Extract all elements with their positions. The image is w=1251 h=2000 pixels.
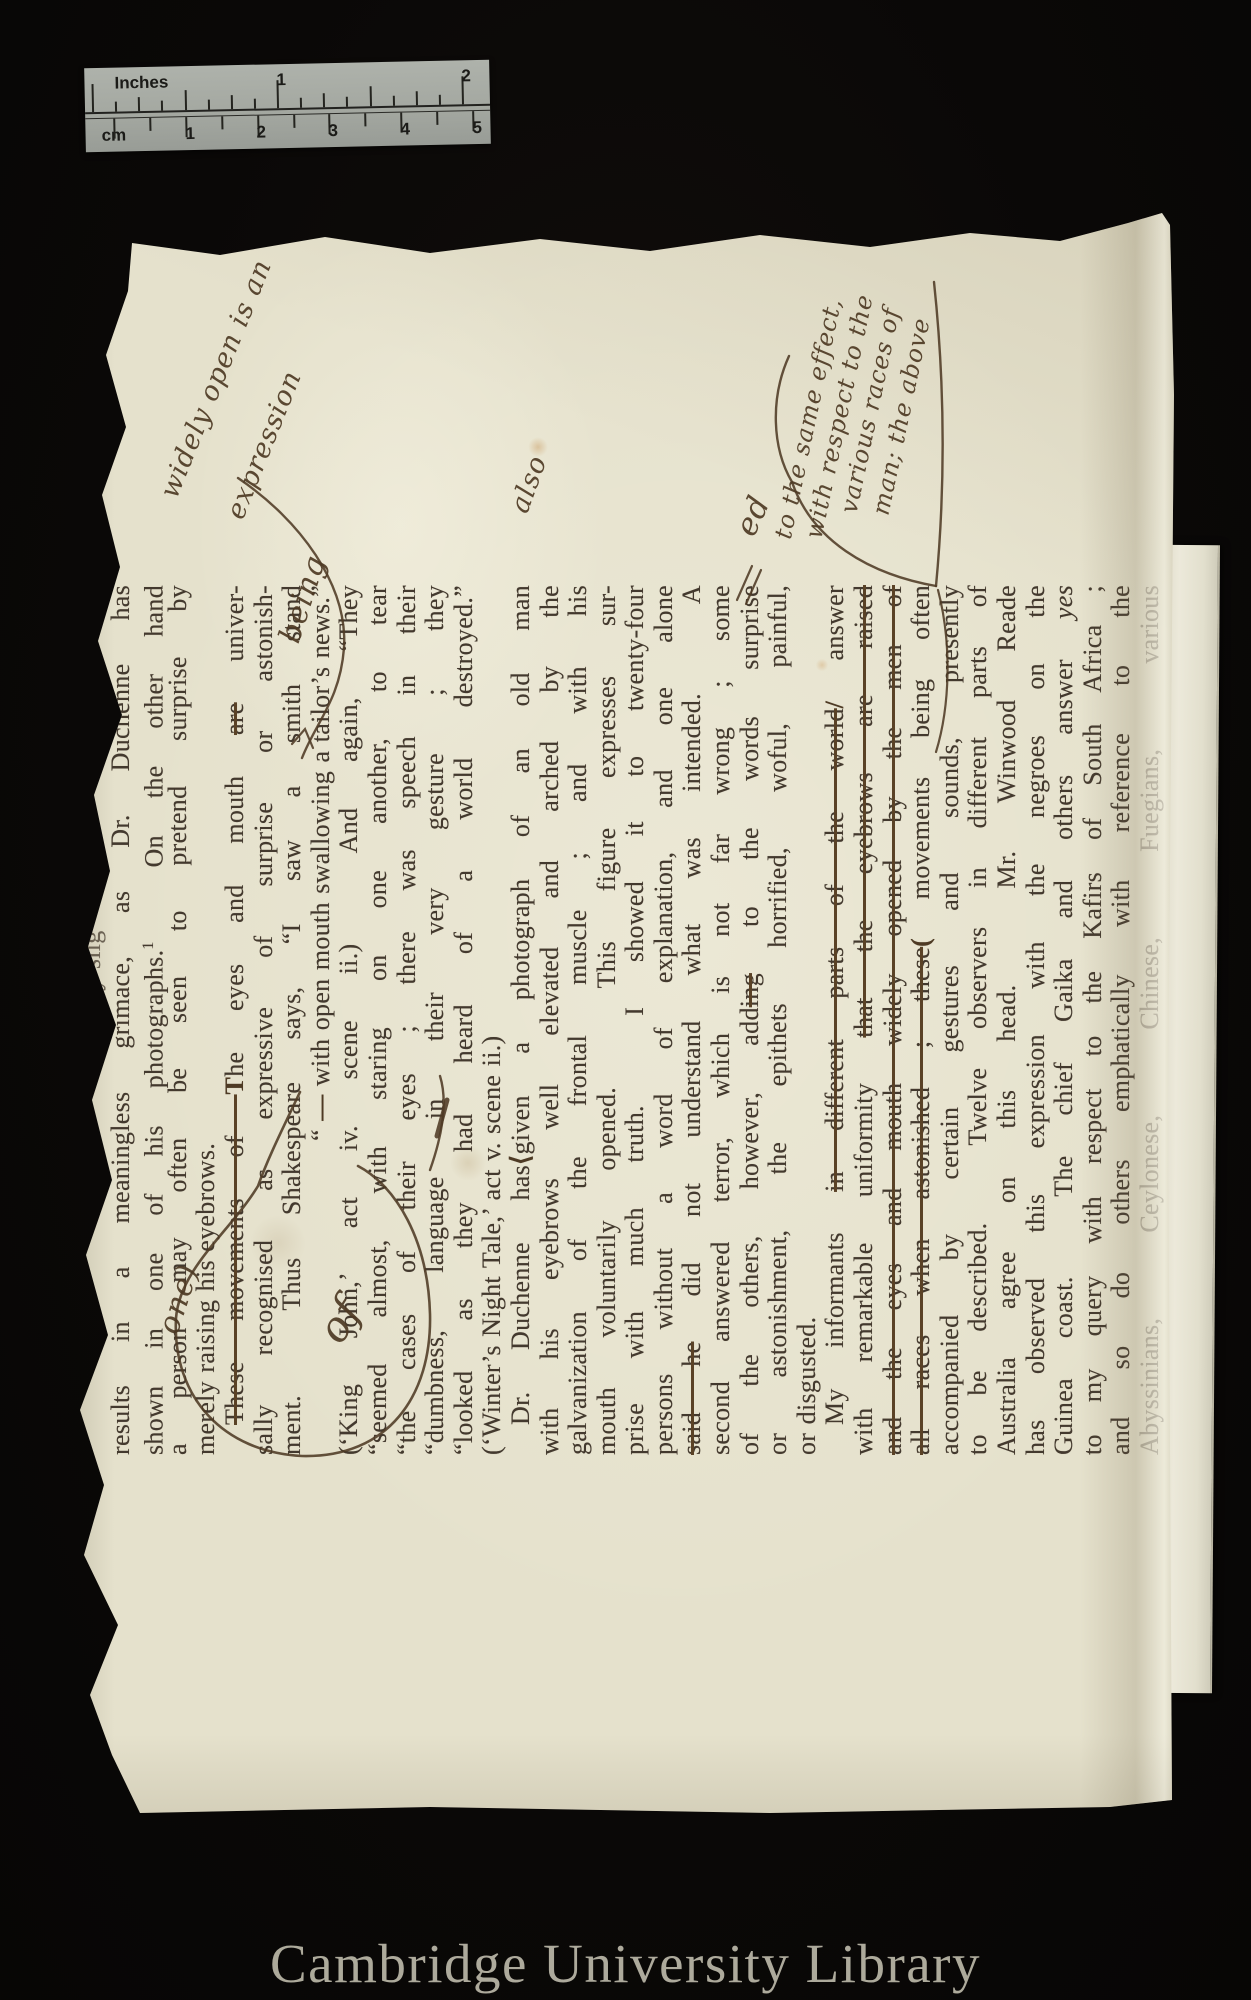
print-text: (‘Winter’s Night Tale,’ act v. scene ii.… xyxy=(477,1036,506,1455)
ruler-cm-number: 4 xyxy=(400,119,410,139)
print-line: These movements of The eyes and mouth ar… xyxy=(221,585,250,1455)
print-line: only slig xyxy=(78,155,107,1455)
print-text: galvanization of the frontal muscle ; an… xyxy=(563,585,592,1455)
ruler-divider xyxy=(85,104,490,114)
print-line: persons without a word of explanation, a… xyxy=(650,585,679,1455)
print-line: Australia agree on this head. Mr. Winwoo… xyxy=(993,585,1022,1455)
print-line: to my query with respect to the Kafirs o… xyxy=(1079,585,1108,1455)
ruler-cm-number: 5 xyxy=(472,118,482,138)
print-text: prise with much truth. I showed it to tw… xyxy=(620,585,649,1455)
print-text: he eyes and mouth xyxy=(220,735,249,1077)
struck-text: said he xyxy=(677,1342,706,1455)
print-text: answer xyxy=(820,585,849,701)
print-text: Dr. Duchenne has xyxy=(506,1165,535,1455)
library-watermark: Cambridge University Library xyxy=(0,1932,1251,1995)
print-line: sally recognised as expressive of surpri… xyxy=(250,585,279,1455)
ink-correction-mark: — xyxy=(306,1094,335,1120)
ruler-tick xyxy=(364,113,366,126)
ruler-tick xyxy=(300,98,302,108)
print-line: all races when astonished ; these( movem… xyxy=(907,585,936,1455)
rotated-text-layer: only sligresults in a meaningless grimac… xyxy=(70,195,1180,1815)
print-line: and the eyes and mouth widely opened by … xyxy=(879,585,908,1455)
print-text: or disgusted. xyxy=(792,1317,821,1455)
print-line: My informants in different parts of the … xyxy=(821,585,850,1455)
print-line: or disgusted. xyxy=(793,585,822,1455)
ink-correction-mark: T xyxy=(220,1077,249,1095)
print-text: results in a meaningless grimace, as Dr.… xyxy=(106,585,135,1455)
print-line: galvanization of the frontal muscle ; an… xyxy=(564,585,593,1455)
print-text: did not understand what was intended. A xyxy=(677,585,706,1342)
ruler-tick xyxy=(184,90,186,110)
print-line: a person may often be seen to pretend su… xyxy=(164,585,193,1455)
print-line: second answered terror, which is not far… xyxy=(707,585,736,1455)
print-text: “seemed almost, with staring on one anot… xyxy=(363,585,392,1455)
print-line: accompanied by certain gestures and soun… xyxy=(936,585,965,1455)
measurement-ruler: Inches cm 1212345 xyxy=(84,60,491,152)
print-line: (‘Winter’s Night Tale,’ act v. scene ii.… xyxy=(478,585,507,1455)
print-text: to the words surprise xyxy=(735,585,764,973)
print-text: “the cases of their eyes ; there was spe… xyxy=(392,585,421,1455)
ruler-tick xyxy=(138,97,140,111)
ruler-tick xyxy=(231,95,233,109)
print-text: mouth voluntarily opened. This figure ex… xyxy=(592,585,621,1455)
ruler-tick xyxy=(436,112,438,125)
struck-text: all races when astonished ; these xyxy=(906,947,935,1455)
print-text: with his eyebrows well elevated and arch… xyxy=(535,585,564,1455)
ruler-tick xyxy=(439,95,441,105)
ruler-inch-number: 2 xyxy=(461,66,471,86)
ruler-tick xyxy=(113,119,115,139)
ruler-cm-number: 1 xyxy=(185,124,195,144)
ruler-tick xyxy=(91,84,94,112)
print-text: given a photograph of an old man xyxy=(506,585,535,1155)
print-line: Abyssinians, Ceylonese, Chinese, Fuegian… xyxy=(1136,585,1165,1455)
print-text: “ xyxy=(306,1121,335,1141)
struck-text: in different parts of the world xyxy=(820,708,849,1192)
ruler-tick xyxy=(415,91,417,105)
print-line: shown in one of his photographs.1 On the… xyxy=(135,585,164,1455)
print-text: accompanied by certain gestures and soun… xyxy=(935,585,964,1455)
printed-text-block: only sligresults in a meaningless grimac… xyxy=(70,195,1165,1815)
print-text: My informants xyxy=(820,1192,849,1455)
ruler-cm-number: 3 xyxy=(328,121,338,141)
print-line: “seemed almost, with staring on one anot… xyxy=(364,585,393,1455)
print-text: movements being often xyxy=(906,585,935,938)
print-text: persons without a word of explanation, a… xyxy=(649,585,678,1455)
print-text: yes xyxy=(1049,585,1078,619)
struck-text: and the eyes and mouth widely opened by … xyxy=(878,585,907,1455)
print-line: to be described. Twelve observers in dif… xyxy=(964,585,993,1455)
print-line: or astonishment, the epithets horrified,… xyxy=(764,585,793,1455)
print-line: “ — with open mouth swallowing a tailor’… xyxy=(307,585,336,1455)
ink-correction-mark: ⟨ xyxy=(506,1155,535,1165)
print-line: with his eyebrows well elevated and arch… xyxy=(536,585,565,1455)
print-text: 1 xyxy=(140,941,157,949)
print-line: (‘King John,’ act iv. scene ii.) And aga… xyxy=(335,585,364,1455)
print-text: Abyssinians, Ceylonese, Chinese, Fuegian… xyxy=(1135,585,1164,1455)
struck-text: These movements of xyxy=(220,1094,249,1455)
ruler-tick xyxy=(149,118,151,131)
print-text: “looked as they had heard of a world des… xyxy=(449,585,478,1455)
print-text: to be described. Twelve observers in dif… xyxy=(963,585,992,1455)
ruler-tick-marks: 1212345 xyxy=(84,60,489,68)
print-line: has observed this expression with the ne… xyxy=(1022,585,1051,1455)
print-text: with open mouth swallowing a tailor’s ne… xyxy=(306,585,335,1094)
ruler-tick xyxy=(115,102,117,112)
print-line: with remarkable uniformity that the eyeb… xyxy=(850,585,879,1455)
print-text: has observed this expression with the ne… xyxy=(1021,585,1050,1455)
print-text: Guinea coast. The chief Gaika and others… xyxy=(1049,619,1078,1455)
ruler-tick xyxy=(161,101,163,111)
struck-text: are xyxy=(220,702,249,735)
print-line: Dr. Duchenne has⟨given a photograph of a… xyxy=(507,585,536,1455)
ruler-tick xyxy=(369,86,371,106)
ruler-tick xyxy=(323,93,325,107)
print-line: Guinea coast. The chief Gaika and others… xyxy=(1050,585,1079,1455)
print-line: merely raising his eyebrows. xyxy=(192,585,221,1455)
print-text: with remarkable uniformity xyxy=(849,1038,878,1455)
print-text: a person may often be seen to pretend su… xyxy=(163,585,192,1455)
print-text: “dumbness, language in their very gestur… xyxy=(420,585,449,1455)
print-text: or astonishment, the epithets horrified,… xyxy=(763,585,792,1455)
print-text: to my query with respect to the Kafirs o… xyxy=(1078,585,1107,1455)
ruler-inches-label: Inches xyxy=(114,72,168,93)
print-line: and so do others emphatically with refer… xyxy=(1107,585,1136,1455)
print-text: of the others, however, add xyxy=(735,1007,764,1455)
print-text: and so do others emphatically with refer… xyxy=(1106,585,1135,1455)
print-line: prise with much truth. I showed it to tw… xyxy=(621,585,650,1455)
ruler-tick xyxy=(221,116,223,129)
print-line: “dumbness, language in their very gestur… xyxy=(421,585,450,1455)
ruler-tick xyxy=(346,97,348,107)
print-line: “the cases of their eyes ; there was spe… xyxy=(393,585,422,1455)
print-text: univer- xyxy=(220,585,249,702)
print-text: only slig xyxy=(77,930,106,1025)
ink-correction-mark: ( xyxy=(906,938,935,947)
ruler-tick xyxy=(392,96,394,106)
struck-text: that the eyebrows are raised xyxy=(849,585,878,1038)
print-text: Australia agree on this head. Mr. Winwoo… xyxy=(992,585,1021,1455)
print-line: of the others, however, adding to the wo… xyxy=(736,585,765,1455)
print-line: said he did not understand what was inte… xyxy=(678,585,707,1455)
print-text: ment. Thus Shakespeare says, “I saw a sm… xyxy=(277,585,306,1455)
ruler-tick xyxy=(254,99,256,109)
ink-correction-mark: / xyxy=(820,701,849,709)
ruler-inch-number: 1 xyxy=(276,70,286,90)
print-line: results in a meaningless grimace, as Dr.… xyxy=(107,585,136,1455)
print-text: merely raising his eyebrows. xyxy=(191,1143,220,1455)
manuscript-page: only sligresults in a meaningless grimac… xyxy=(70,195,1180,1815)
photo-stage: Inches cm 1212345 only sligresults in a … xyxy=(0,0,1251,2000)
ruler-cm-number: 2 xyxy=(256,122,266,142)
print-line: mouth voluntarily opened. This figure ex… xyxy=(593,585,622,1455)
print-line: “looked as they had heard of a world des… xyxy=(450,585,479,1455)
print-text: sally recognised as expressive of surpri… xyxy=(249,585,278,1455)
print-text: (‘King John,’ act iv. scene ii.) And aga… xyxy=(334,585,363,1455)
ruler-tick xyxy=(207,100,209,110)
struck-text: ing xyxy=(735,973,764,1007)
print-line: ment. Thus Shakespeare says, “I saw a sm… xyxy=(278,585,307,1455)
ruler-tick xyxy=(293,115,295,128)
print-text: second answered terror, which is not far… xyxy=(706,585,735,1455)
